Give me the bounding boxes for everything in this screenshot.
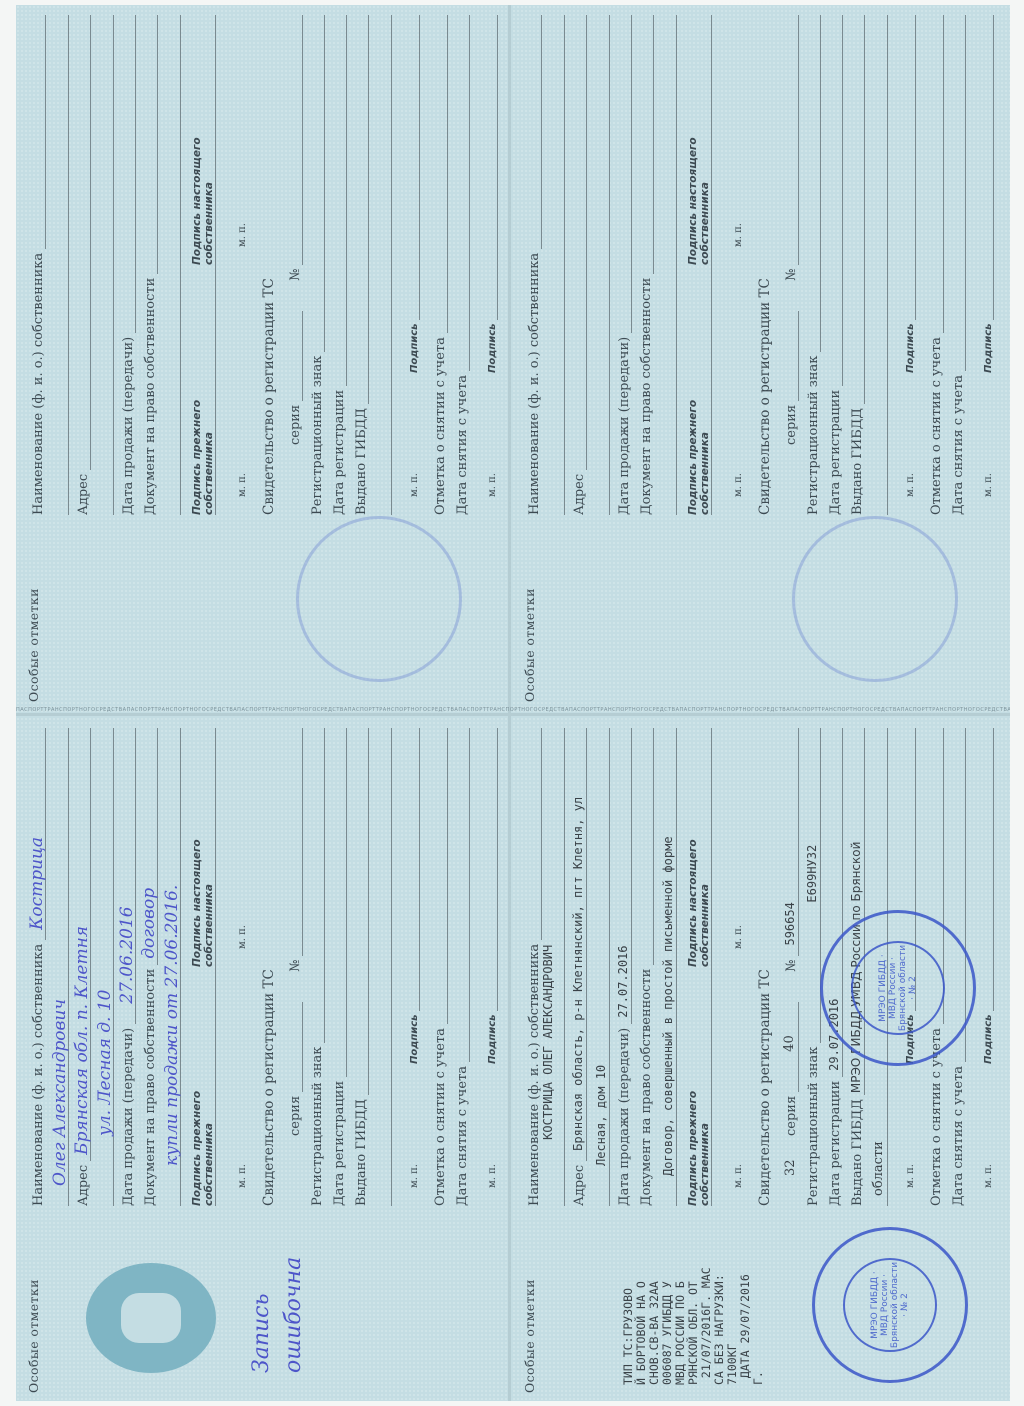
dereg-signature-field[interactable]	[981, 728, 994, 1011]
owner-name-row: Наименование (ф. и. о.) собственникаКост…	[24, 728, 46, 1206]
special-marks-column: Особые отметки Записьошибочна	[26, 1233, 496, 1393]
issued-by-row: Выдано ГИБДД	[347, 15, 369, 515]
ownership-doc-field[interactable]	[143, 15, 158, 274]
reg-plate-field[interactable]	[806, 15, 821, 352]
reg-cert-heading: Свидетельство о регистрации ТС	[261, 15, 281, 515]
reg-date-row: Дата регистрации	[325, 728, 347, 1206]
issued-by-field-2[interactable]	[369, 15, 392, 515]
faded-stamp	[792, 516, 958, 682]
special-marks-label: Особые отметки	[26, 542, 41, 702]
handwritten-entry: Олег Александрович	[50, 999, 70, 1186]
sale-date-field[interactable]	[617, 15, 632, 333]
owner-name-field[interactable]: Кострица	[31, 728, 46, 940]
series-field[interactable]	[288, 311, 303, 401]
prev-owner-signature[interactable]: Подпись прежнего собственника	[687, 265, 725, 515]
typed-entry: Договор, совершенный в простой письменно…	[661, 836, 675, 1176]
reg-date-row: Дата регистрации	[325, 15, 347, 515]
reg-cert-heading: Свидетельство о регистрации ТС	[757, 15, 777, 515]
curr-owner-signature[interactable]: Подпись настоящего собственника	[191, 728, 229, 967]
ownership-doc-field[interactable]	[639, 728, 654, 965]
address-row: Адрес	[69, 15, 91, 515]
gibdd-signature-field[interactable]	[903, 15, 916, 320]
ownership-doc-row: Документ на право собственности	[632, 728, 654, 1206]
owner-page-form: Особые отметки Наименование (ф. и. о.) с…	[16, 5, 506, 710]
special-marks-label: Особые отметки	[522, 542, 537, 702]
ownership-doc-field-2[interactable]	[158, 15, 181, 515]
number-field[interactable]	[784, 15, 799, 265]
dereg-mark-row: Отметка о снятии с учета	[922, 15, 944, 515]
address-field[interactable]	[572, 15, 587, 470]
issued-by-field-2[interactable]	[369, 728, 392, 1206]
prev-owner-signature[interactable]: Подпись прежнего собственника	[191, 265, 229, 515]
special-marks-typed: ТИП ТС:ГРУЗОВО Й БОРТОВОЙ НА О СНОВ.СВ-В…	[622, 1267, 765, 1385]
dereg-signature-field[interactable]	[485, 728, 498, 1011]
issued-by-row: Выдано ГИБДД	[347, 728, 369, 1206]
series-field[interactable]: 40	[784, 1002, 799, 1092]
address-field[interactable]: Брянская обл. п. Клетня	[76, 728, 91, 1161]
signatures-row: Подпись прежнего собственника Подпись на…	[191, 15, 229, 515]
typed-entry: области	[871, 1141, 886, 1196]
gibdd-signature-field[interactable]	[407, 728, 420, 1011]
address-field-2[interactable]: Лесная, дом 10	[587, 728, 610, 1206]
dereg-mark-field[interactable]	[929, 15, 944, 333]
sale-date-field[interactable]: 27.07.2016	[617, 728, 632, 1024]
reg-plate-row: Регистрационный знакЕ699НУ32	[799, 728, 821, 1206]
series-number-row: серия №	[281, 15, 303, 515]
owner-name-field[interactable]	[31, 15, 46, 249]
owner-name-row: Наименование (ф. и. о.) собственника	[24, 15, 46, 515]
seal-places: м. п.м. п.	[733, 15, 747, 515]
dereg-date-field[interactable]	[455, 15, 470, 371]
page-fold-vertical	[508, 5, 511, 1401]
address-row: АдресБрянская область, р-н Клетнянский, …	[565, 728, 587, 1206]
owner-name-row: Наименование (ф. и. о.) собственникаКОСТ…	[520, 728, 542, 1206]
seal-places: м. п.м. п.	[733, 728, 747, 1206]
reg-plate-row: Регистрационный знак	[303, 15, 325, 515]
sale-date-row: Дата продажи (передачи)	[114, 15, 136, 515]
seal-places: м. п.м. п.	[237, 15, 251, 515]
official-stamp: МРЭО ГИБДД · МВД России · Брянской облас…	[812, 1227, 968, 1383]
number-field[interactable]: 596654	[784, 728, 799, 956]
ownership-doc-field[interactable]	[639, 15, 654, 274]
issued-by-row: Выдано ГИБДД	[843, 15, 865, 515]
page-top-left: Особые отметки Наименование (ф. и. о.) с…	[16, 5, 506, 710]
dereg-date-field[interactable]	[951, 15, 966, 371]
issued-by-field-2[interactable]	[865, 15, 888, 515]
dereg-signature-row: м. п.Подпись	[972, 728, 994, 1206]
address-field[interactable]	[76, 15, 91, 470]
address-field-2[interactable]	[91, 15, 114, 515]
address-field-2[interactable]	[587, 15, 610, 515]
reg-plate-row: Регистрационный знак	[799, 15, 821, 515]
owner-section: Наименование (ф. и. о.) собственника Адр…	[24, 15, 504, 515]
owner-name-field[interactable]	[527, 15, 542, 249]
typed-entry: Е699НУ32	[805, 845, 819, 903]
typed-entry: 40	[782, 1035, 797, 1052]
series-field[interactable]	[784, 311, 799, 401]
owner-page-form: Особые отметки ТИП ТС:ГРУЗОВО Й БОРТОВОЙ…	[512, 718, 1007, 1401]
gibdd-signature-field[interactable]	[407, 15, 420, 320]
special-marks-column: Особые отметки ТИП ТС:ГРУЗОВО Й БОРТОВОЙ…	[522, 1233, 992, 1393]
ownership-doc-row: Документ на право собственностидоговор	[136, 728, 158, 1206]
car-emblem-icon	[86, 1263, 216, 1373]
typed-entry: 27.07.2016	[616, 946, 630, 1018]
dereg-signature-field[interactable]	[981, 15, 994, 320]
sale-date-row: Дата продажи (передачи)27.06.2016	[114, 728, 136, 1206]
ownership-doc-field-2[interactable]	[654, 15, 677, 515]
dereg-date-row: Дата снятия с учета	[944, 15, 966, 515]
special-marks-column: Особые отметки	[26, 542, 496, 702]
owner-name-field-2[interactable]	[46, 15, 69, 515]
issued-by-field[interactable]	[354, 15, 369, 404]
handwritten-entry: ул. Лесная д. 10	[95, 990, 115, 1136]
ownership-doc-field-2[interactable]: купли продажи от 27.06.2016.	[158, 728, 181, 1206]
typed-entry: 596654	[783, 902, 797, 945]
owner-name-field-2[interactable]	[542, 728, 565, 1206]
sale-date-row: Дата продажи (передачи)	[610, 15, 632, 515]
issued-by-field[interactable]	[354, 728, 369, 1095]
reg-plate-row: Регистрационный знак	[303, 728, 325, 1206]
handwritten-entry: договор	[139, 888, 159, 959]
page-bottom-left: Особые отметки Записьошибочна Наименован…	[16, 718, 506, 1401]
series-field[interactable]	[288, 1002, 303, 1092]
owner-section: Наименование (ф. и. о.) собственникаКост…	[24, 728, 504, 1206]
gibdd-signature-row: м. п.Подпись	[398, 728, 420, 1206]
address-field-2[interactable]: ул. Лесная д. 10	[91, 728, 114, 1206]
handwritten-entry: Брянская обл. п. Клетня	[72, 926, 92, 1155]
ownership-doc-field-2[interactable]: Договор, совершенный в простой письменно…	[654, 728, 677, 1206]
reg-date-field[interactable]	[332, 728, 347, 1077]
owner-name-field-2[interactable]	[542, 15, 565, 515]
owner-section: Наименование (ф. и. о.) собственникаКОСТ…	[520, 728, 1000, 1206]
owner-section: Наименование (ф. и. о.) собственника Адр…	[520, 15, 1000, 515]
address-row: АдресБрянская обл. п. Клетня	[69, 728, 91, 1206]
sale-date-field[interactable]	[121, 15, 136, 333]
dereg-date-field[interactable]	[455, 728, 470, 1062]
reg-plate-field[interactable]: Е699НУ32	[806, 728, 821, 1043]
number-field[interactable]	[288, 15, 303, 265]
dereg-signature-row: м. п.Подпись	[476, 728, 498, 1206]
owner-name-field-2[interactable]: Олег Александрович	[46, 728, 69, 1206]
owner-name-field[interactable]: КОСТРИЦА ОЛЕГ АЛЕКСАНДРОВИЧ	[527, 728, 542, 940]
dereg-date-row: Дата снятия с учета	[448, 728, 470, 1206]
curr-owner-signature[interactable]: Подпись настоящего собственника	[687, 15, 725, 265]
owner-page-form: Особые отметки Наименование (ф. и. о.) с…	[512, 5, 1007, 710]
handwritten-entry: купли продажи от 27.06.2016.	[162, 885, 182, 1166]
reg-plate-field[interactable]	[310, 728, 325, 1043]
reg-date-row: Дата регистрации	[821, 15, 843, 515]
typed-entry: Брянская область, р-н Клетнянский, пгт К…	[571, 797, 585, 1151]
dereg-date-row: Дата снятия с учета	[448, 15, 470, 515]
dereg-mark-row: Отметка о снятии с учета	[426, 15, 448, 515]
official-stamp-2: МРЭО ГИБДД · МВД России · Брянской облас…	[820, 910, 976, 1066]
curr-owner-signature[interactable]: Подпись настоящего собственника	[191, 15, 229, 265]
sale-date-field[interactable]: 27.06.2016	[121, 728, 136, 1024]
signatures-row: Подпись прежнего собственника Подпись на…	[191, 728, 229, 1206]
typed-entry: Лесная, дом 10	[594, 1065, 608, 1166]
reg-date-field[interactable]	[332, 15, 347, 386]
handwritten-entry: 27.06.2016	[117, 906, 137, 1003]
dereg-mark-field[interactable]	[433, 15, 448, 333]
address-row: Адрес	[565, 15, 587, 515]
prev-owner-signature[interactable]: Подпись прежнего собственника	[687, 967, 725, 1206]
dereg-signature-row: м. п.Подпись	[972, 15, 994, 515]
prev-owner-signature[interactable]: Подпись прежнего собственника	[191, 967, 229, 1206]
number-field[interactable]	[288, 728, 303, 956]
gibdd-signature-row: м. п.Подпись	[894, 15, 916, 515]
series-number-row: серия №	[281, 728, 303, 1206]
owner-name-row: Наименование (ф. и. о.) собственника	[520, 15, 542, 515]
dereg-mark-row: Отметка о снятии с учета	[426, 728, 448, 1206]
signatures-row: Подпись прежнего собственника Подпись на…	[687, 15, 725, 515]
reg-plate-field[interactable]	[310, 15, 325, 352]
page-top-right: Особые отметки Наименование (ф. и. о.) с…	[512, 5, 1010, 710]
ownership-doc-field[interactable]: договор	[143, 728, 158, 965]
special-marks-column: Особые отметки	[522, 542, 992, 702]
sale-date-row: Дата продажи (передачи)27.07.2016	[610, 728, 632, 1206]
special-marks-label: Особые отметки	[26, 1233, 41, 1393]
special-marks-label: Особые отметки	[522, 1233, 537, 1393]
page-bottom-right: Особые отметки ТИП ТС:ГРУЗОВО Й БОРТОВОЙ…	[512, 718, 1010, 1401]
dereg-signature-field[interactable]	[485, 15, 498, 320]
reg-cert-heading: Свидетельство о регистрации ТС	[261, 728, 281, 1206]
reg-date-field[interactable]	[828, 15, 843, 386]
address-field[interactable]: Брянская область, р-н Клетнянский, пгт К…	[572, 728, 587, 1161]
seal-places: м. п.м. п.	[237, 728, 251, 1206]
ownership-doc-row: Документ на право собственности	[632, 15, 654, 515]
gibdd-signature-row: м. п.Подпись	[398, 15, 420, 515]
series-number-row: серия №	[777, 15, 799, 515]
owner-page-form: Особые отметки Записьошибочна Наименован…	[16, 718, 506, 1401]
issued-by-field[interactable]	[850, 15, 865, 404]
dereg-signature-row: м. п.Подпись	[476, 15, 498, 515]
reg-cert-heading: Свидетельство о регистрации ТС	[757, 728, 777, 1206]
signatures-row: Подпись прежнего собственника Подпись на…	[687, 728, 725, 1206]
series-number-row: 32 серия 40 № 596654	[777, 728, 799, 1206]
faded-stamp	[296, 516, 462, 682]
ownership-doc-row: Документ на право собственности	[136, 15, 158, 515]
curr-owner-signature[interactable]: Подпись настоящего собственника	[687, 728, 725, 967]
handwritten-note: Записьошибочна	[246, 1257, 310, 1373]
dereg-mark-field[interactable]	[433, 728, 448, 1024]
typed-entry: 32	[783, 1159, 798, 1176]
handwritten-entry: Кострица	[27, 837, 47, 930]
